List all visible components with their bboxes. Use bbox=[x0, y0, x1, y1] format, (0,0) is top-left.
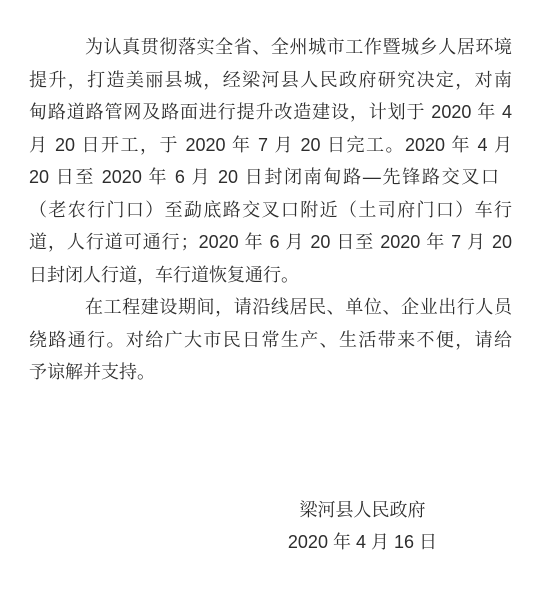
signature-date: 2020 年 4 月 16 日 bbox=[288, 526, 437, 559]
notice-text-line: 予谅解并支持。 bbox=[29, 356, 512, 389]
notice-text-line: 为认真贯彻落实全省、全州城市工作暨城乡人居环境 bbox=[29, 31, 512, 64]
notice-text-line: 日封闭人行道，车行道恢复通行。 bbox=[29, 259, 512, 292]
notice-text-line: 20 日至 2020 年 6 月 20 日封闭南甸路—先锋路交叉口 bbox=[29, 161, 512, 194]
notice-text-line: 提升，打造美丽县城，经梁河县人民政府研究决定，对南 bbox=[29, 64, 512, 97]
notice-text-line: 在工程建设期间，请沿线居民、单位、企业出行人员 bbox=[29, 291, 512, 324]
paragraph-construction-notice: 为认真贯彻落实全省、全州城市工作暨城乡人居环境 提升，打造美丽县城，经梁河县人民… bbox=[29, 31, 512, 291]
notice-text-line: （老农行门口）至勐底路交叉口附近（土司府门口）车行 bbox=[29, 194, 512, 227]
signature-issuer: 梁河县人民政府 bbox=[288, 494, 437, 527]
notice-text-line: 甸路道路管网及路面进行提升改造建设，计划于 2020 年 4 bbox=[29, 96, 512, 129]
notice-text-line: 道，人行道可通行；2020 年 6 月 20 日至 2020 年 7 月 20 bbox=[29, 226, 512, 259]
signature-block: 梁河县人民政府 2020 年 4 月 16 日 bbox=[288, 494, 437, 559]
notice-text-line: 月 20 日开工，于 2020 年 7 月 20 日完工。2020 年 4 月 bbox=[29, 129, 512, 162]
notice-text-line: 绕路通行。对给广大市民日常生产、生活带来不便，请给 bbox=[29, 324, 512, 357]
paragraph-apology: 在工程建设期间，请沿线居民、单位、企业出行人员 绕路通行。对给广大市民日常生产、… bbox=[29, 291, 512, 389]
document-page: 为认真贯彻落实全省、全州城市工作暨城乡人居环境 提升，打造美丽县城，经梁河县人民… bbox=[0, 0, 541, 600]
